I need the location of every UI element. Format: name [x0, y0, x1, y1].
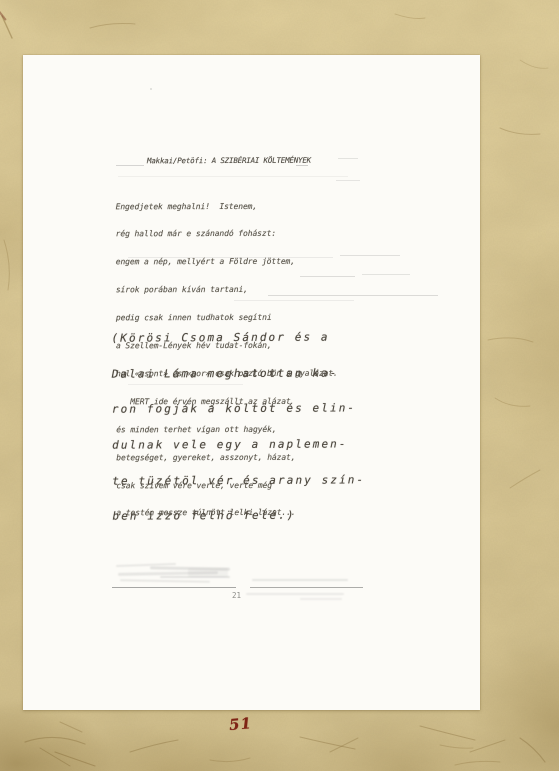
- ghost-text-fragment: [246, 593, 344, 595]
- poem-line: rég hallod már e szánandó fohászt:: [116, 229, 338, 239]
- poem-line: sírok porában kíván tartani,: [116, 285, 338, 295]
- ruled-line-fragment: [362, 274, 410, 275]
- note-line: dulnak vele egy a naplemen-: [112, 438, 365, 451]
- footer-rule-left: [112, 587, 236, 588]
- ghost-smudge: [188, 568, 228, 577]
- scan-speck: [150, 88, 152, 90]
- ruled-line-fragment: [116, 165, 144, 166]
- ruled-line-fragment: [340, 255, 400, 256]
- ruled-line-fragment: [118, 176, 348, 177]
- note-line: ben izzó felhö felé.): [112, 510, 365, 523]
- note-line: ron fogják a költöt és elin-: [112, 403, 365, 416]
- footer-rule-right: [250, 587, 363, 588]
- note-line: te tüzétöl vér és arany szín-: [112, 474, 365, 487]
- page-header: Makkai/Petöfi: A SZIBÉRIAI KÖLTEMÉNYEK: [147, 156, 311, 166]
- note-line: (Körösi Csoma Sándor és a: [112, 331, 365, 344]
- poem-line: Engedjetek meghalni! Istenem,: [116, 201, 338, 211]
- ghost-text-fragment: [300, 598, 342, 600]
- folio-number: 51: [228, 714, 252, 734]
- scanned-book-spread: Makkai/Petöfi: A SZIBÉRIAI KÖLTEMÉNYEK E…: [0, 0, 559, 771]
- ruled-line-fragment: [338, 158, 358, 159]
- ruled-line-fragment: [296, 165, 308, 166]
- ruled-line-fragment: [336, 180, 360, 181]
- page-number: 21: [232, 591, 241, 600]
- ghost-text-fragment: [252, 579, 348, 581]
- note-line: Dalai Láma meghatottan ka-: [112, 367, 365, 380]
- poem-line: engem a nép, mellyért a Földre jöttem,: [116, 257, 338, 267]
- handwritten-note: (Körösi Csoma Sándor és a Dalai Láma meg…: [111, 307, 365, 546]
